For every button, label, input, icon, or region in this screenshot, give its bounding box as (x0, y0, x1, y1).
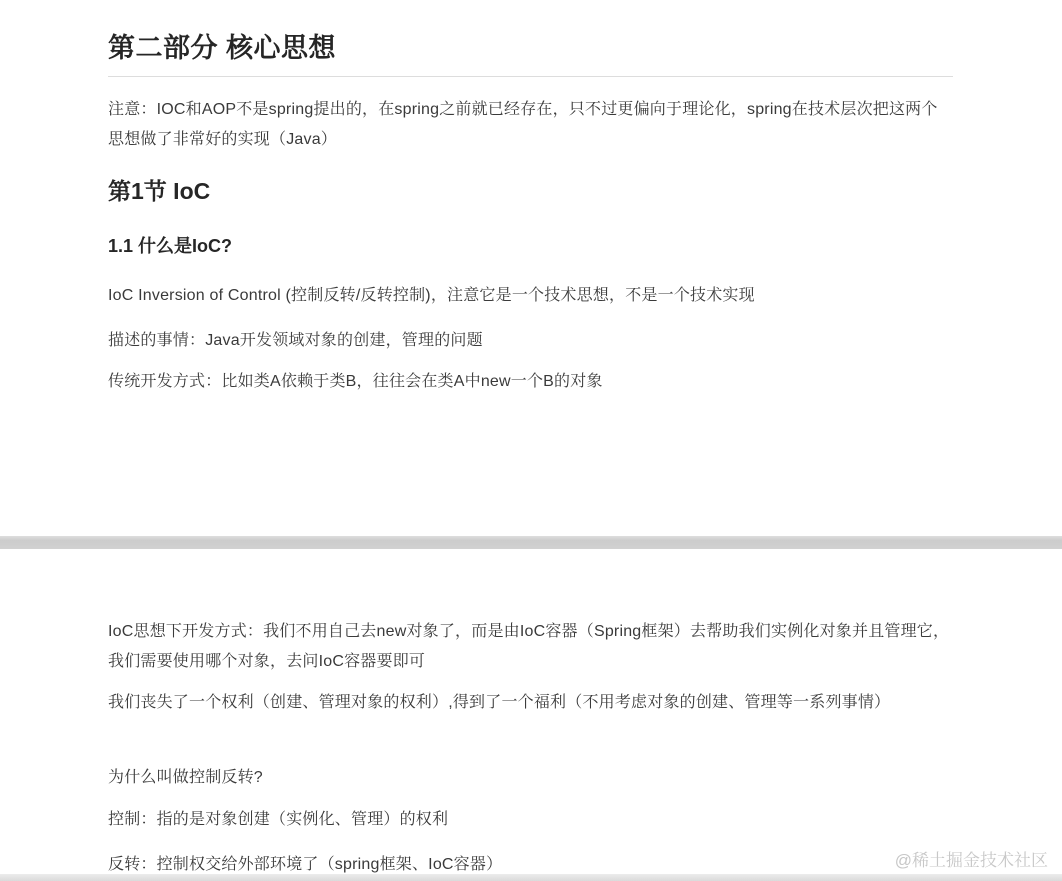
juejin-watermark: @稀土掘金技术社区 (895, 849, 1048, 873)
paragraph-control: 控制：指的是对象创建（实例化、管理）的权利 (108, 805, 953, 835)
paragraph-ioc-dev-style: IoC思想下开发方式：我们不用自己去new对象了，而是由IoC容器（Spring… (108, 617, 953, 677)
document-page: Maven 3.6.x 第二部分 核心思想 注意：IOC和AOP不是spring… (0, 0, 1062, 881)
subsection-heading: 1.1 什么是IoC? (108, 233, 953, 260)
paragraph-ioc-definition: IoC Inversion of Control (控制反转/反转控制)，注意它… (108, 281, 953, 311)
heading-divider (108, 76, 953, 77)
section-heading: 第1节 IoC (108, 175, 953, 207)
paragraph-describe: 描述的事情：Java开发领域对象的创建，管理的问题 (108, 326, 953, 356)
page-break-divider (0, 536, 1062, 549)
part-heading: 第二部分 核心思想 (108, 28, 953, 68)
paragraph-lost-right: 我们丧失了一个权利（创建、管理对象的权利）,得到了一个福利（不用考虑对象的创建、… (108, 688, 953, 718)
next-page-break-divider (0, 874, 1062, 881)
paragraph-why-inversion: 为什么叫做控制反转? (108, 763, 953, 793)
clipped-previous-line: Maven 3.6.x (108, 0, 953, 4)
paragraph-traditional-dev: 传统开发方式：比如类A依赖于类B，往往会在类A中new一个B的对象 (108, 367, 953, 397)
note-paragraph: 注意：IOC和AOP不是spring提出的，在spring之前就已经存在，只不过… (108, 95, 953, 155)
